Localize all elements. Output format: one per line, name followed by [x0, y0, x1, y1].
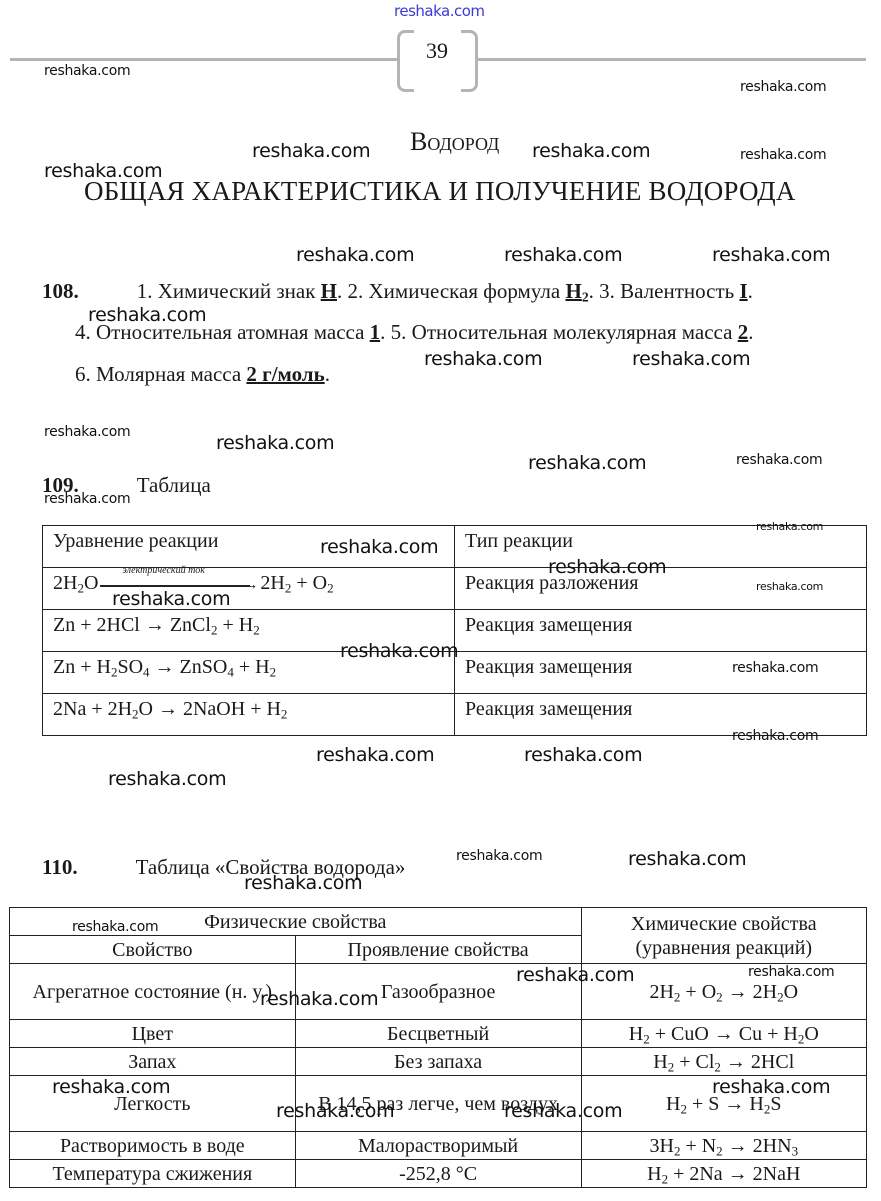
text: 6. Молярная масса	[75, 362, 246, 386]
task-108-line-3: 6. Молярная масса 2 г/моль.	[75, 362, 330, 387]
table-row: Агрегатное состояние (н. у.) Газообразно…	[10, 964, 867, 1020]
reaction-cell: H2 + Cl2 → 2HCl	[581, 1048, 866, 1076]
table-row: Цвет Бесцветный H2 + CuO → Cu + H2O	[10, 1020, 867, 1048]
watermark: reshaka.com	[340, 640, 458, 662]
top-watermark-link[interactable]: reshaka.com	[394, 2, 485, 20]
watermark: reshaka.com	[424, 348, 542, 370]
watermark: reshaka.com	[112, 588, 230, 610]
reaction-cell: H2 + CuO → Cu + H2O	[581, 1020, 866, 1048]
task-108-number: 108.	[42, 279, 79, 303]
watermark: reshaka.com	[276, 1100, 394, 1122]
watermark: reshaka.com	[44, 63, 130, 79]
table-row: Растворимость в воде Малорастворимый 3H2…	[10, 1132, 867, 1160]
hydrogen-properties-table: Физические свойства Химические свойства …	[9, 907, 867, 1188]
text: 1. Химический знак	[137, 279, 321, 303]
header-chemical-properties: Химические свойства (уравнения реакций)	[581, 908, 866, 964]
value-cell: Бесцветный	[295, 1020, 581, 1048]
value-cell: Без запаха	[295, 1048, 581, 1076]
reaction-cell: 3H2 + N2 → 2HN3	[581, 1132, 866, 1160]
page-number-bracket-left	[397, 30, 414, 92]
watermark: reshaka.com	[632, 348, 750, 370]
header-rule-right	[475, 58, 866, 61]
watermark: reshaka.com	[88, 304, 206, 326]
watermark: reshaka.com	[44, 160, 162, 182]
header-property: Свойство	[10, 936, 296, 964]
watermark: reshaka.com	[712, 1076, 830, 1098]
watermark: reshaka.com	[504, 1100, 622, 1122]
watermark: reshaka.com	[748, 964, 834, 980]
answer-formula: H2	[565, 279, 588, 303]
watermark: reshaka.com	[216, 432, 334, 454]
chapter-title: Водород	[410, 127, 499, 157]
watermark: reshaka.com	[52, 1076, 170, 1098]
watermark: reshaka.com	[320, 536, 438, 558]
equation-cell: 2H2Oэлектрический ток→2H2 + O2	[43, 568, 455, 610]
task-110-number: 110.	[42, 855, 78, 879]
text: . 2. Химическая формула	[337, 279, 565, 303]
text: .	[748, 279, 753, 303]
answer-valence: I	[739, 279, 747, 303]
task-109-title: Таблица	[137, 473, 211, 497]
table-row: Запах Без запаха H2 + Cl2 → 2HCl	[10, 1048, 867, 1076]
property-cell: Растворимость в воде	[10, 1132, 296, 1160]
text: . 3. Валентность	[589, 279, 740, 303]
watermark: reshaka.com	[296, 244, 414, 266]
property-cell: Цвет	[10, 1020, 296, 1048]
watermark: reshaka.com	[252, 140, 370, 162]
text: . 5. Относительная молекулярная масса	[380, 320, 738, 344]
watermark: reshaka.com	[260, 988, 378, 1010]
equation-cell: 2Na + 2H2O → 2NaOH + H2	[43, 694, 455, 736]
section-title: ОБЩАЯ ХАРАКТЕРИСТИКА И ПОЛУЧЕНИЕ ВОДОРОД…	[84, 176, 796, 207]
table-row: Температура сжижения -252,8 °C H2 + 2Na …	[10, 1160, 867, 1188]
property-cell: Запах	[10, 1048, 296, 1076]
watermark: reshaka.com	[732, 660, 818, 676]
watermark: reshaka.com	[44, 491, 130, 507]
watermark: reshaka.com	[548, 556, 666, 578]
watermark: reshaka.com	[244, 872, 362, 894]
table-header-row: Уравнение реакции Тип реакции	[43, 526, 867, 568]
watermark: reshaka.com	[740, 147, 826, 163]
watermark: reshaka.com	[108, 768, 226, 790]
property-cell: Агрегатное состояние (н. у.)	[10, 964, 296, 1020]
value-cell: Малорастворимый	[295, 1132, 581, 1160]
watermark: reshaka.com	[740, 79, 826, 95]
watermark: reshaka.com	[44, 424, 130, 440]
watermark: reshaka.com	[528, 452, 646, 474]
text: .	[325, 362, 330, 386]
value-cell: -252,8 °C	[295, 1160, 581, 1188]
reaction-type-cell: Реакция замещения	[455, 610, 867, 652]
watermark: reshaka.com	[532, 140, 650, 162]
header-rule-left	[10, 58, 398, 61]
answer-symbol: H	[321, 279, 337, 303]
watermark: reshaka.com	[516, 964, 634, 986]
property-cell: Температура сжижения	[10, 1160, 296, 1188]
watermark: reshaka.com	[736, 452, 822, 468]
reaction-cell: H2 + 2Na → 2NaH	[581, 1160, 866, 1188]
watermark: reshaka.com	[756, 580, 823, 593]
answer-molar-mass: 2 г/моль	[246, 362, 324, 386]
text: .	[748, 320, 753, 344]
header-manifestation: Проявление свойства	[295, 936, 581, 964]
watermark: reshaka.com	[712, 244, 830, 266]
watermark: reshaka.com	[628, 848, 746, 870]
watermark: reshaka.com	[732, 728, 818, 744]
watermark: reshaka.com	[316, 744, 434, 766]
page-number: 39	[415, 38, 459, 64]
watermark: reshaka.com	[72, 919, 158, 935]
answer-atomic-mass: 1	[370, 320, 381, 344]
task-108-line-1: 108.1. Химический знак H. 2. Химическая …	[42, 279, 753, 304]
watermark: reshaka.com	[504, 244, 622, 266]
watermark: reshaka.com	[756, 520, 823, 533]
watermark: reshaka.com	[456, 848, 542, 864]
reactions-table: Уравнение реакции Тип реакции 2H2Oэлектр…	[42, 525, 867, 736]
answer-molecular-mass: 2	[738, 320, 749, 344]
watermark: reshaka.com	[524, 744, 642, 766]
page-number-bracket-right	[461, 30, 478, 92]
